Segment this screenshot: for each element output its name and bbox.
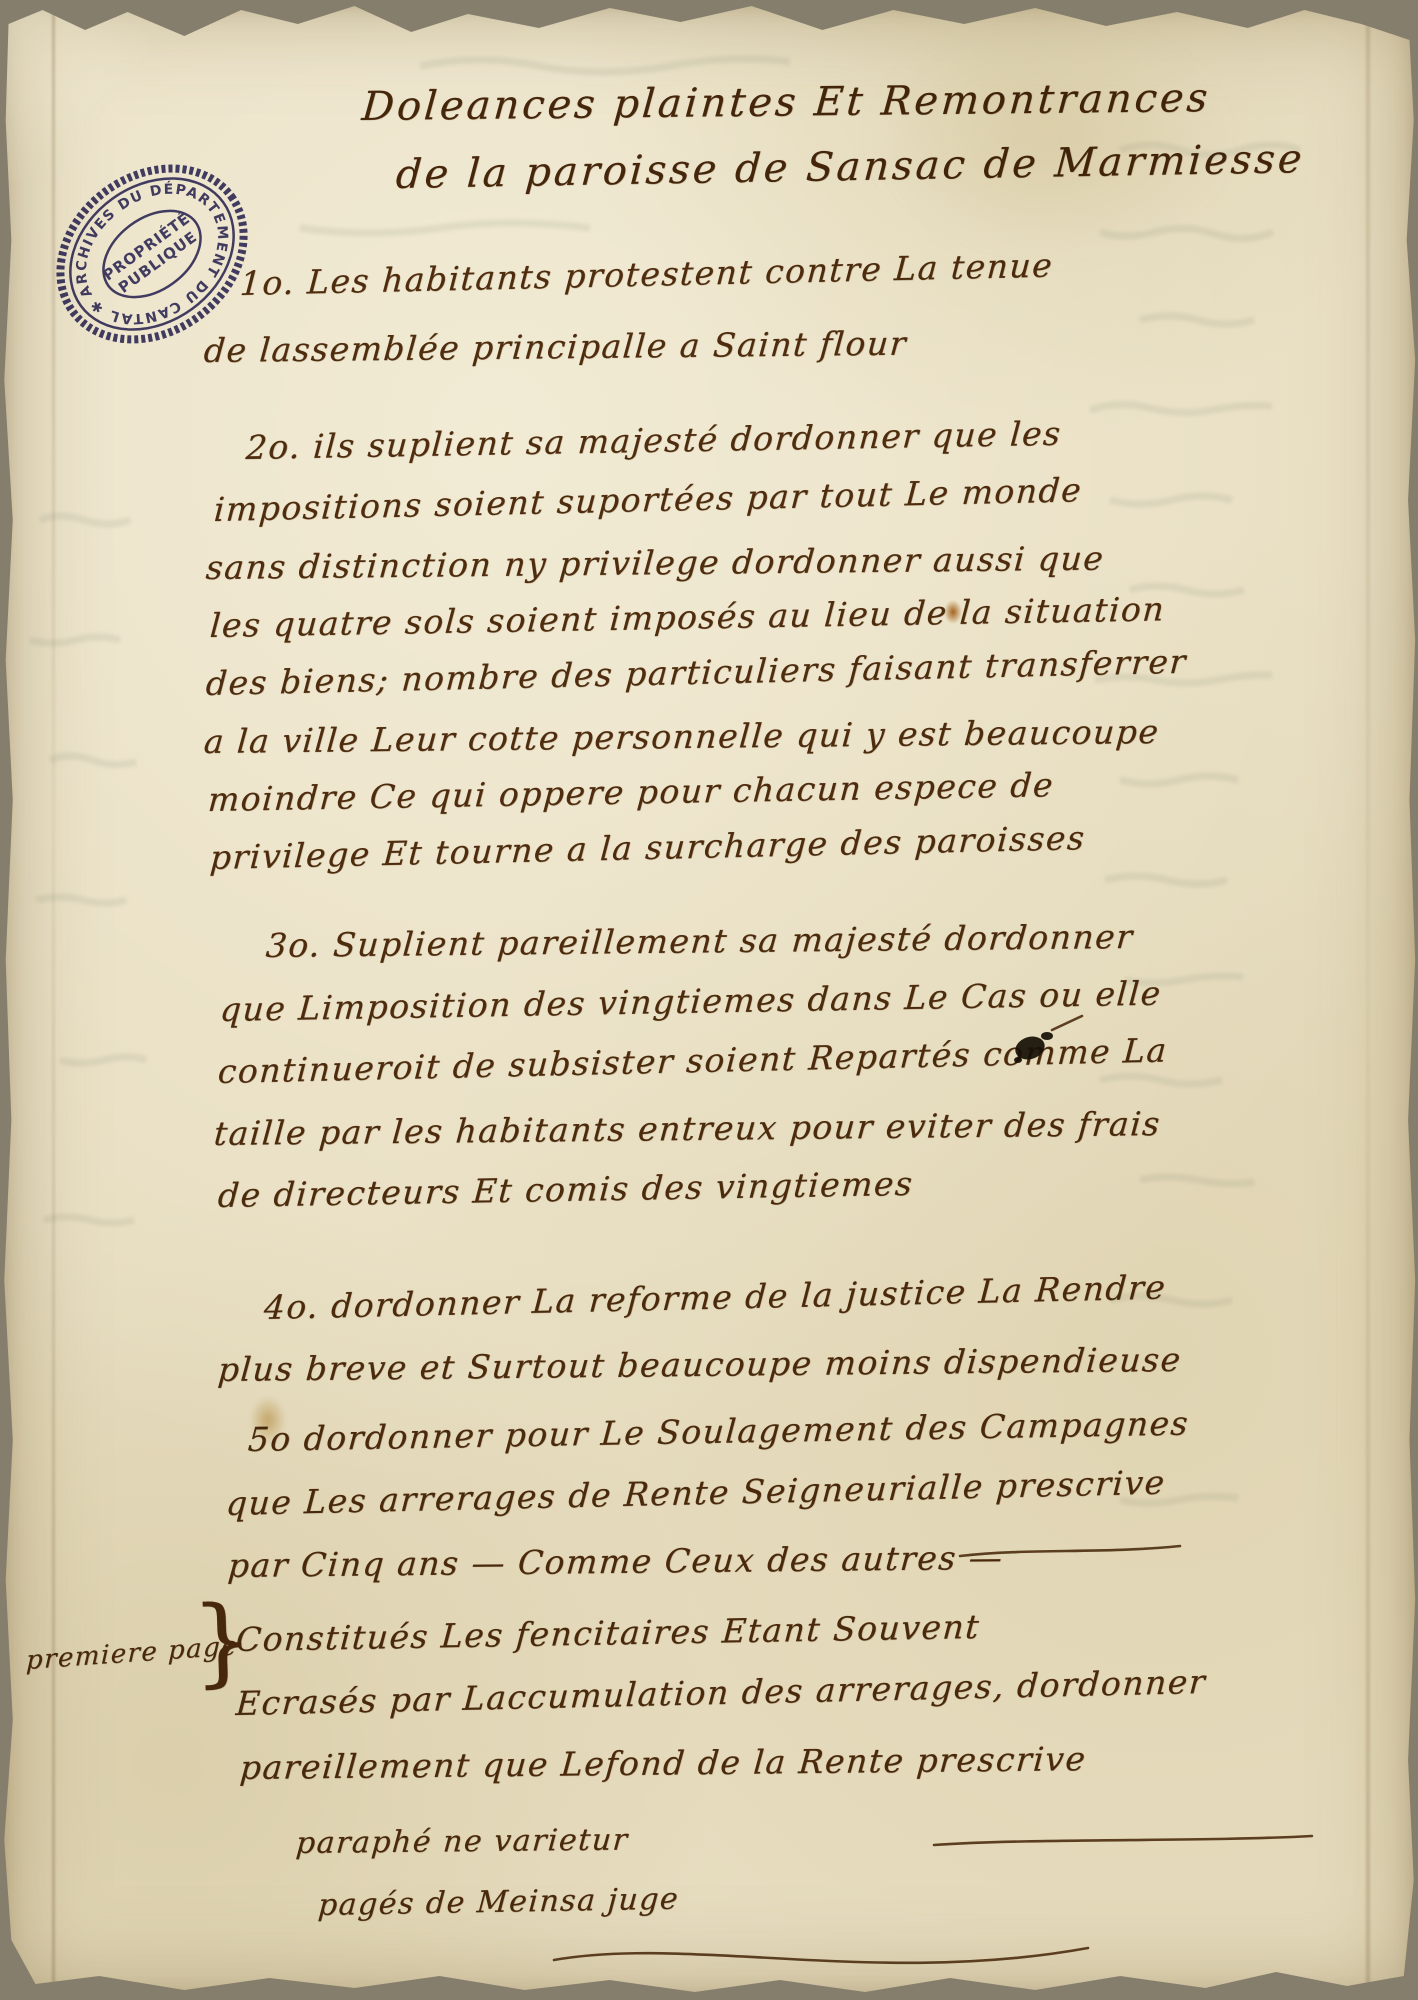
document-scan: ARCHIVES DU DÉPARTEMENT DU CANTAL ✱ PROP… <box>0 0 1418 2000</box>
manuscript-line: des biens; nombre des particuliers faisa… <box>205 642 1188 703</box>
manuscript-line: 2o. ils suplient sa majesté dordonner qu… <box>245 414 1063 467</box>
manuscript-line: de lassemblée principalle a Saint flour <box>202 324 908 370</box>
manuscript-line: 3o. Suplient pareillement sa majesté dor… <box>264 917 1135 965</box>
manuscript-line: pareillement que Lefond de la Rente pres… <box>238 1739 1087 1787</box>
manuscript-line: de directeurs Et comis des vingtiemes <box>217 1164 915 1215</box>
manuscript-line: 1o. Les habitants protestent contre La t… <box>239 246 1055 304</box>
manuscript-line: sans distinction ny privilege dordonner … <box>204 539 1105 587</box>
manuscript-line: continueroit de subsister soient Reparté… <box>217 1030 1169 1091</box>
document-title-line: Doleances plaintes Et Remontrances <box>360 75 1212 130</box>
manuscript-line: par Cinq ans — Comme Ceux des autres — <box>226 1538 1004 1585</box>
manuscript-line: privilege Et tourne a la surcharge des p… <box>209 818 1087 877</box>
manuscript-line: les quatre sols soient imposés au lieu d… <box>209 589 1167 645</box>
manuscript-line: que Les arrerages de Rente Seigneurialle… <box>225 1463 1167 1523</box>
handwritten-text-layer: Doleances plaintes Et Remontrances de la… <box>0 0 1418 2000</box>
manuscript-line: moindre Ce qui oppere pour chacun espece… <box>207 765 1056 819</box>
margin-brace: } <box>190 1584 256 1698</box>
manuscript-line: que Limposition des vingtiemes dans Le C… <box>219 974 1163 1029</box>
manuscript-line: plus breve et Surtout beaucoupe moins di… <box>216 1340 1183 1389</box>
manuscript-line: Constitués Les fencitaires Etant Souvent <box>235 1607 982 1659</box>
manuscript-page: ARCHIVES DU DÉPARTEMENT DU CANTAL ✱ PROP… <box>0 0 1418 2000</box>
manuscript-line: 4o. dordonner La reforme de la justice L… <box>263 1267 1168 1327</box>
manuscript-line: Ecrasés par Laccumulation des arrerages,… <box>235 1662 1208 1723</box>
manuscript-line: impositions soient suportées par tout Le… <box>213 470 1084 529</box>
manuscript-line: a la ville Leur cotte personnelle qui y … <box>202 712 1161 761</box>
closing-line: paraphé ne varietur <box>295 1823 630 1862</box>
manuscript-line: 5o dordonner pour Le Soulagement des Cam… <box>247 1404 1191 1459</box>
document-title-line: de la paroisse de Sansac de Marmiesse <box>394 136 1306 198</box>
closing-line: pagés de Meinsa juge <box>317 1882 681 1923</box>
manuscript-line: taille par les habitants entreux pour ev… <box>212 1104 1162 1153</box>
